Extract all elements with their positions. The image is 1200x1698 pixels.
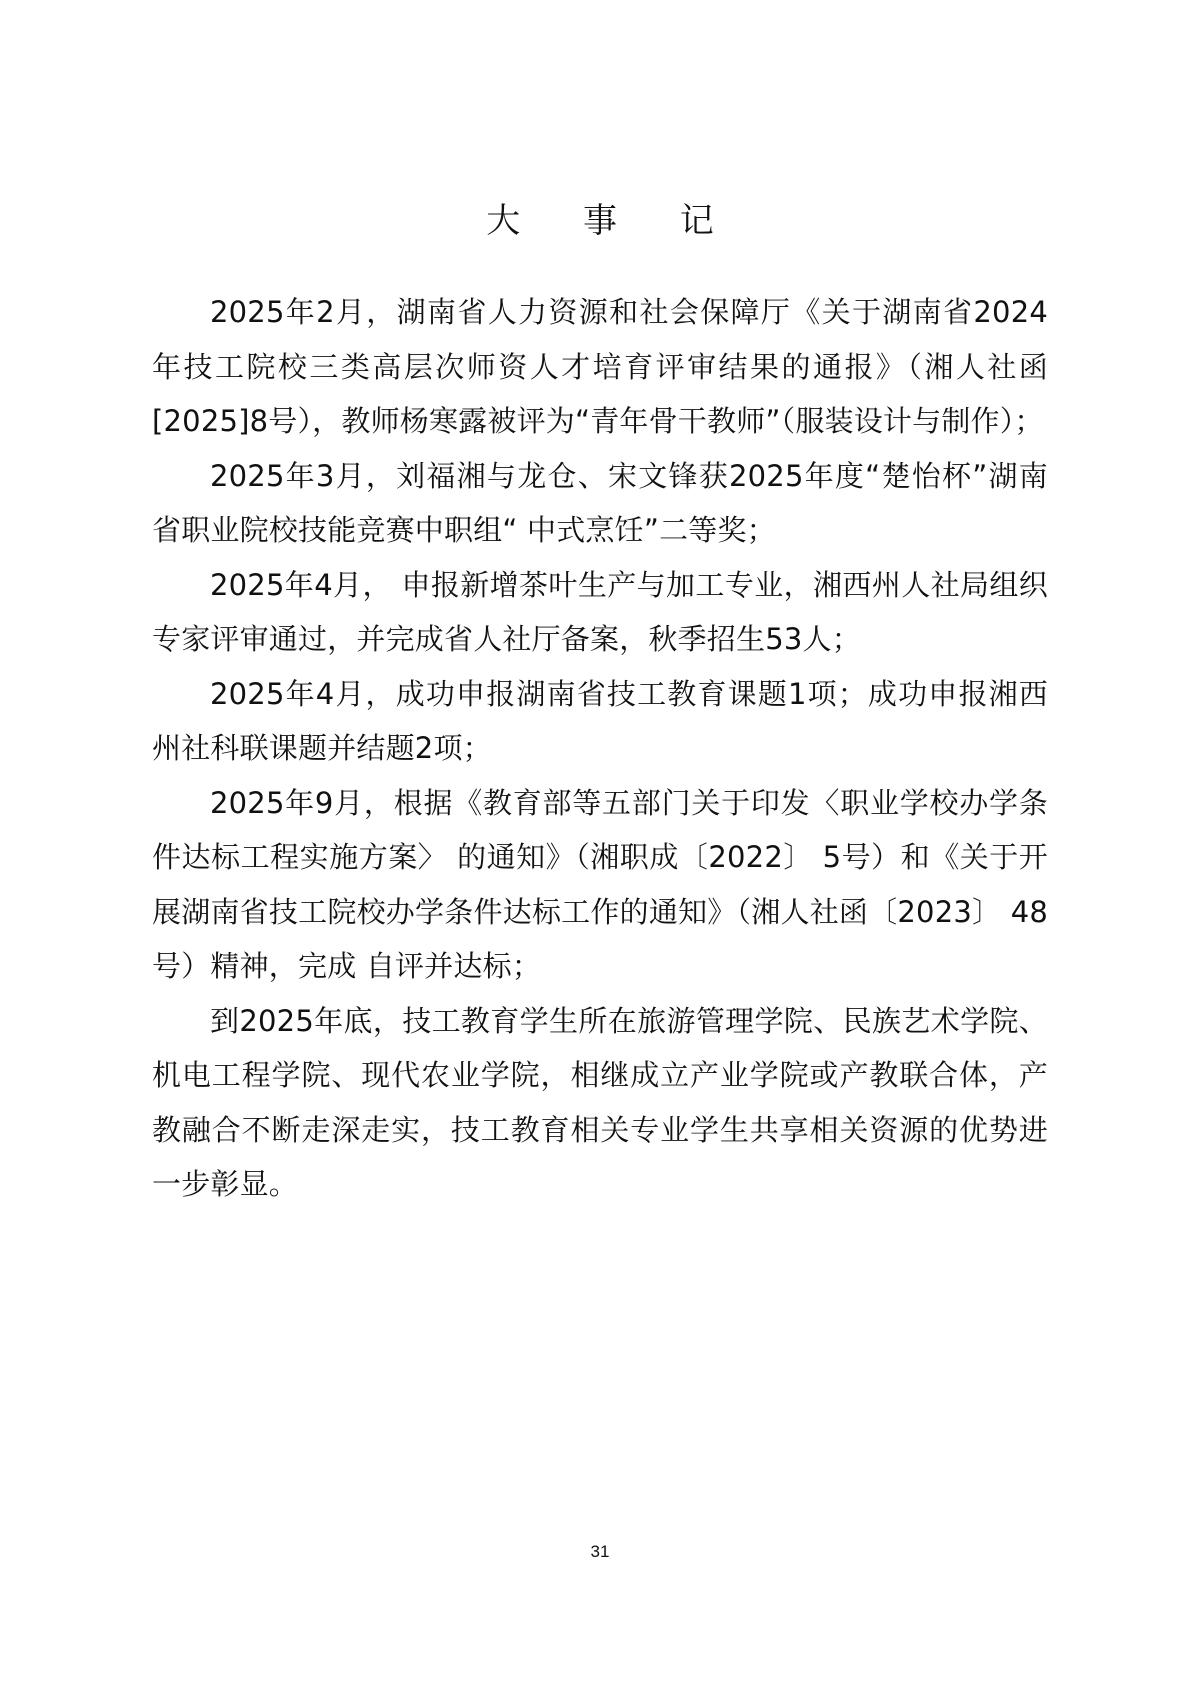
page-title: 大 事 记 <box>0 193 1200 242</box>
event-paragraph-sep-2025: 2025年9月，根据《教育部等五部门关于印发〈职业学校办学条件达标工程实施方案〉… <box>152 776 1048 994</box>
event-paragraph-feb-2025: 2025年2月，湖南省人力资源和社会保障厅《关于湖南省2024年技工院校三类高层… <box>152 285 1048 449</box>
event-paragraph-end-2025: 到2025年底，技工教育学生所在旅游管理学院、民族艺术学院、机电工程学院、现代农… <box>152 994 1048 1212</box>
document-body: 2025年2月，湖南省人力资源和社会保障厅《关于湖南省2024年技工院校三类高层… <box>152 285 1048 1212</box>
event-paragraph-mar-2025: 2025年3月，刘福湘与龙仓、宋文锋获2025年度“楚怡杯”湖南省职业院校技能竞… <box>152 449 1048 558</box>
event-paragraph-apr-2025-research: 2025年4月，成功申报湖南省技工教育课题1项；成功申报湘西州社科联课题并结题2… <box>152 667 1048 776</box>
page-number: 31 <box>0 1542 1200 1562</box>
event-paragraph-apr-2025-major: 2025年4月， 申报新增茶叶生产与加工专业，湘西州人社局组织专家评审通过，并完… <box>152 558 1048 667</box>
